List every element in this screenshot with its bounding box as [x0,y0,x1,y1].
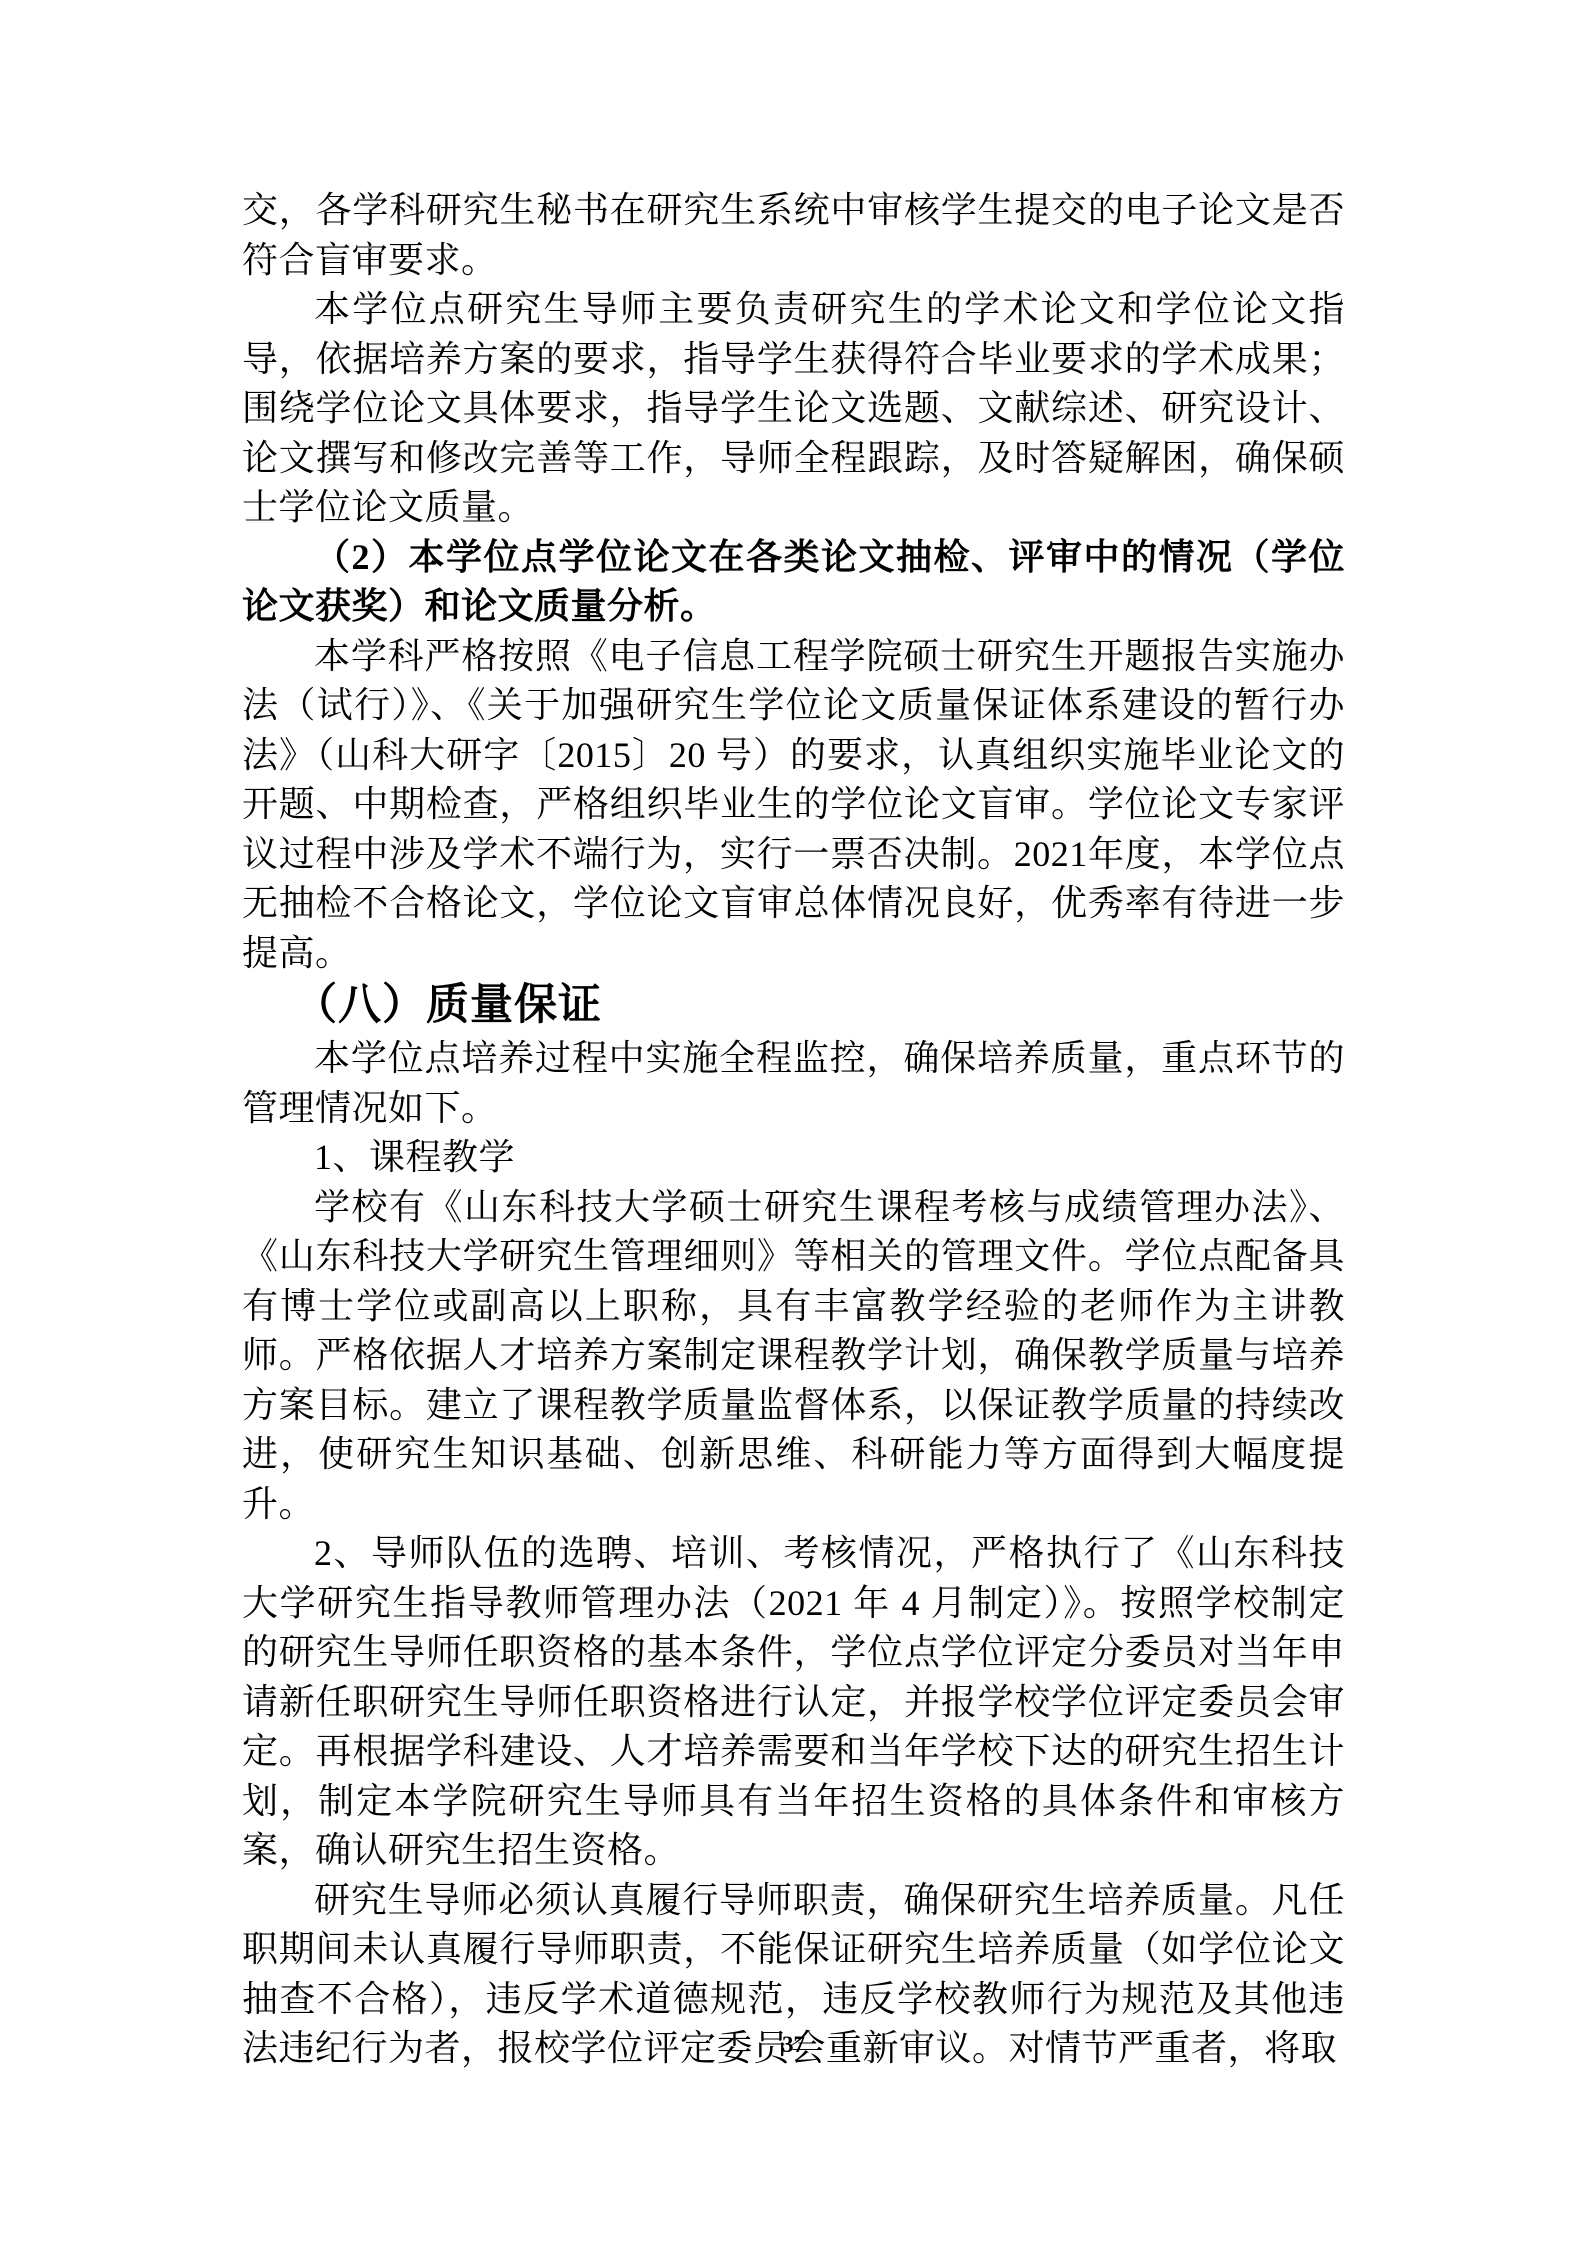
document-page: 交，各学科研究生秘书在研究生系统中审核学生提交的电子论文是否符合盲审要求。 本学… [0,0,1587,2245]
page-number: 37 [0,2032,1587,2058]
paragraph-continued-from-previous-page: 交，各学科研究生秘书在研究生系统中审核学生提交的电子论文是否符合盲审要求。 [242,186,1345,285]
paragraph-supervisor-duties: 本学位点研究生导师主要负责研究生的学术论文和学位论文指导，依据培养方案的要求，指… [242,285,1345,533]
document-body: 交，各学科研究生秘书在研究生系统中审核学生提交的电子论文是否符合盲审要求。 本学… [242,186,1345,2074]
paragraph-bold-subsection-2-title: （2）本学位点学位论文在各类论文抽检、评审中的情况（学位论文获奖）和论文质量分析… [242,533,1345,632]
paragraph-thesis-blind-review: 本学科严格按照《电子信息工程学院硕士研究生开题报告实施办法（试行）》、《关于加强… [242,632,1345,979]
paragraph-course-teaching-detail: 学校有《山东科技大学硕士研究生课程考核与成绩管理办法》、《山东科技大学研究生管理… [242,1183,1345,1530]
paragraph-item-1-course-teaching: 1、课程教学 [242,1133,1345,1183]
paragraph-quality-intro: 本学位点培养过程中实施全程监控，确保培养质量，重点环节的管理情况如下。 [242,1034,1345,1133]
section-heading-quality-assurance: （八）质量保证 [242,978,1345,1034]
paragraph-item-2-supervisor-team: 2、导师队伍的选聘、培训、考核情况，严格执行了《山东科技大学研究生指导教师管理办… [242,1529,1345,1876]
